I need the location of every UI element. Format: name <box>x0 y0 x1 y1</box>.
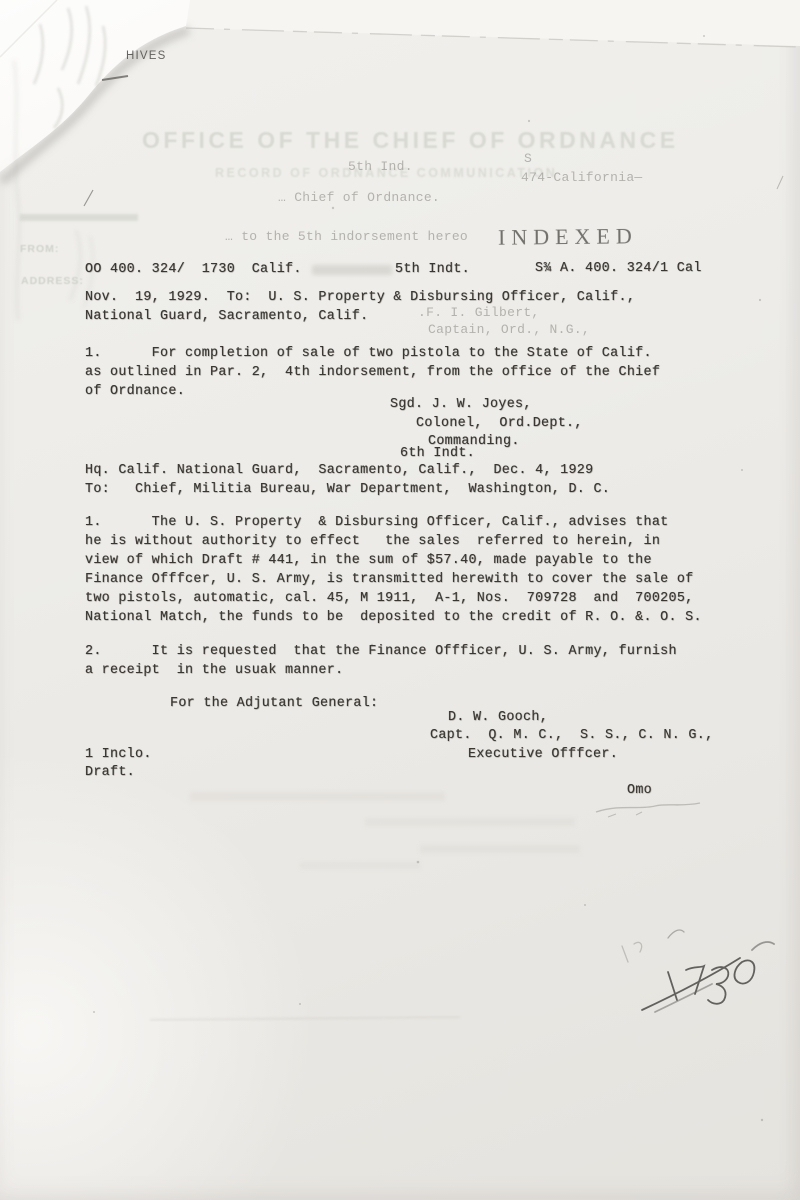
reference-line-smudge <box>312 265 392 275</box>
letterhead-address-label: ADDRESS: <box>21 275 84 287</box>
indexed-stamp: INDEXED <box>498 223 638 250</box>
typist-initials: Omo <box>627 784 652 798</box>
faded-class-letter: S <box>524 152 532 166</box>
office-reference-number: OO 400. 324/ 1730 Calif. <box>85 263 302 277</box>
faded-indorsement-label: 5th Ind. <box>348 160 413 174</box>
ind5-paragraph-line: of Ordnance. <box>85 385 185 399</box>
slash-mark-right <box>777 176 783 189</box>
scanned-document-page: OFFICE OF THE CHIEF OF ORDNANCE RECORD O… <box>0 0 800 1200</box>
ind6-signer-title2: Executive Offfcer. <box>468 748 618 762</box>
slash-mark-left <box>84 190 93 206</box>
ind6-signer-title1: Capt. Q. M. C., S. S., C. N. G., <box>430 729 713 743</box>
pencil-smudge <box>596 803 700 817</box>
ind6-to-line: To: Chief, Militia Bureau, War Departmen… <box>85 483 610 497</box>
letterhead-title-ghost: OFFICE OF THE CHIEF OF ORDNANCE <box>142 127 679 154</box>
faded-chief-line: … Chief of Ordnance. <box>278 191 440 205</box>
handwritten-mark <box>622 930 774 1012</box>
ind5-officer-name-faded: .F. I. Gilbert, <box>418 306 540 320</box>
ind5-date-to-line2: National Guard, Sacramento, Calif. <box>85 310 368 324</box>
ind6-paragraph1-line: Finance Offfcer, U. S. Army, is transmit… <box>85 573 694 587</box>
ind6-paragraph2-line: 2. It is requested that the Finance Offf… <box>85 645 677 659</box>
faded-indorsement-note: … to the 5th indorsement hereo <box>225 230 468 244</box>
paper-crease <box>150 1017 460 1020</box>
indorsement-number: 5th Indt. <box>395 263 470 277</box>
ind6-paragraph1-line: he is without authority to effect the sa… <box>85 535 660 549</box>
ind6-enclosure-line1: 1 Inclo. <box>85 748 152 762</box>
ind6-paragraph1-line: National Match, the funds to be deposite… <box>85 611 702 625</box>
ind6-for-adjutant-line: For the Adjutant General: <box>170 697 378 711</box>
ind6-from-line: Hq. Calif. National Guard, Sacramento, C… <box>85 464 593 478</box>
file-reference: S¾ A. 400. 324/1 Cal <box>535 262 702 276</box>
archives-stamp-fragment: HIVES <box>126 50 167 62</box>
ind6-heading: 6th Indt. <box>400 447 475 461</box>
ind5-signature-line: Sgd. J. W. Joyes, <box>390 398 532 412</box>
ind6-paragraph1-line: view of which Draft # 441, in the sum of… <box>85 554 652 568</box>
ind5-officer-title-faded: Captain, Ord., N.G., <box>428 323 590 337</box>
faded-file-number: 474-California— <box>521 171 643 185</box>
ind6-signer-name: D. W. Gooch, <box>448 711 548 725</box>
midpage-ghost-bars <box>190 792 580 869</box>
faint-form-line <box>20 214 138 221</box>
letterhead-from-label: FROM: <box>20 243 59 255</box>
ind6-paragraph2-line: a receipt in the usuak manner. <box>85 664 343 678</box>
ind5-paragraph-line: 1. For completion of sale of two pistola… <box>85 347 652 361</box>
ind6-paragraph1-line: 1. The U. S. Property & Disbursing Offic… <box>85 516 669 530</box>
ind5-paragraph-line: as outlined in Par. 2, 4th indorsement, … <box>85 366 660 380</box>
ind6-enclosure-line2: Draft. <box>85 766 135 780</box>
ind6-paragraph1-line: two pistols, automatic, cal. 45, M 1911,… <box>85 592 694 606</box>
ind5-date-to-line1: Nov. 19, 1929. To: U. S. Property & Disb… <box>85 291 635 305</box>
ind5-signature-line: Colonel, Ord.Dept., <box>416 417 583 431</box>
background-above-page <box>186 0 800 46</box>
